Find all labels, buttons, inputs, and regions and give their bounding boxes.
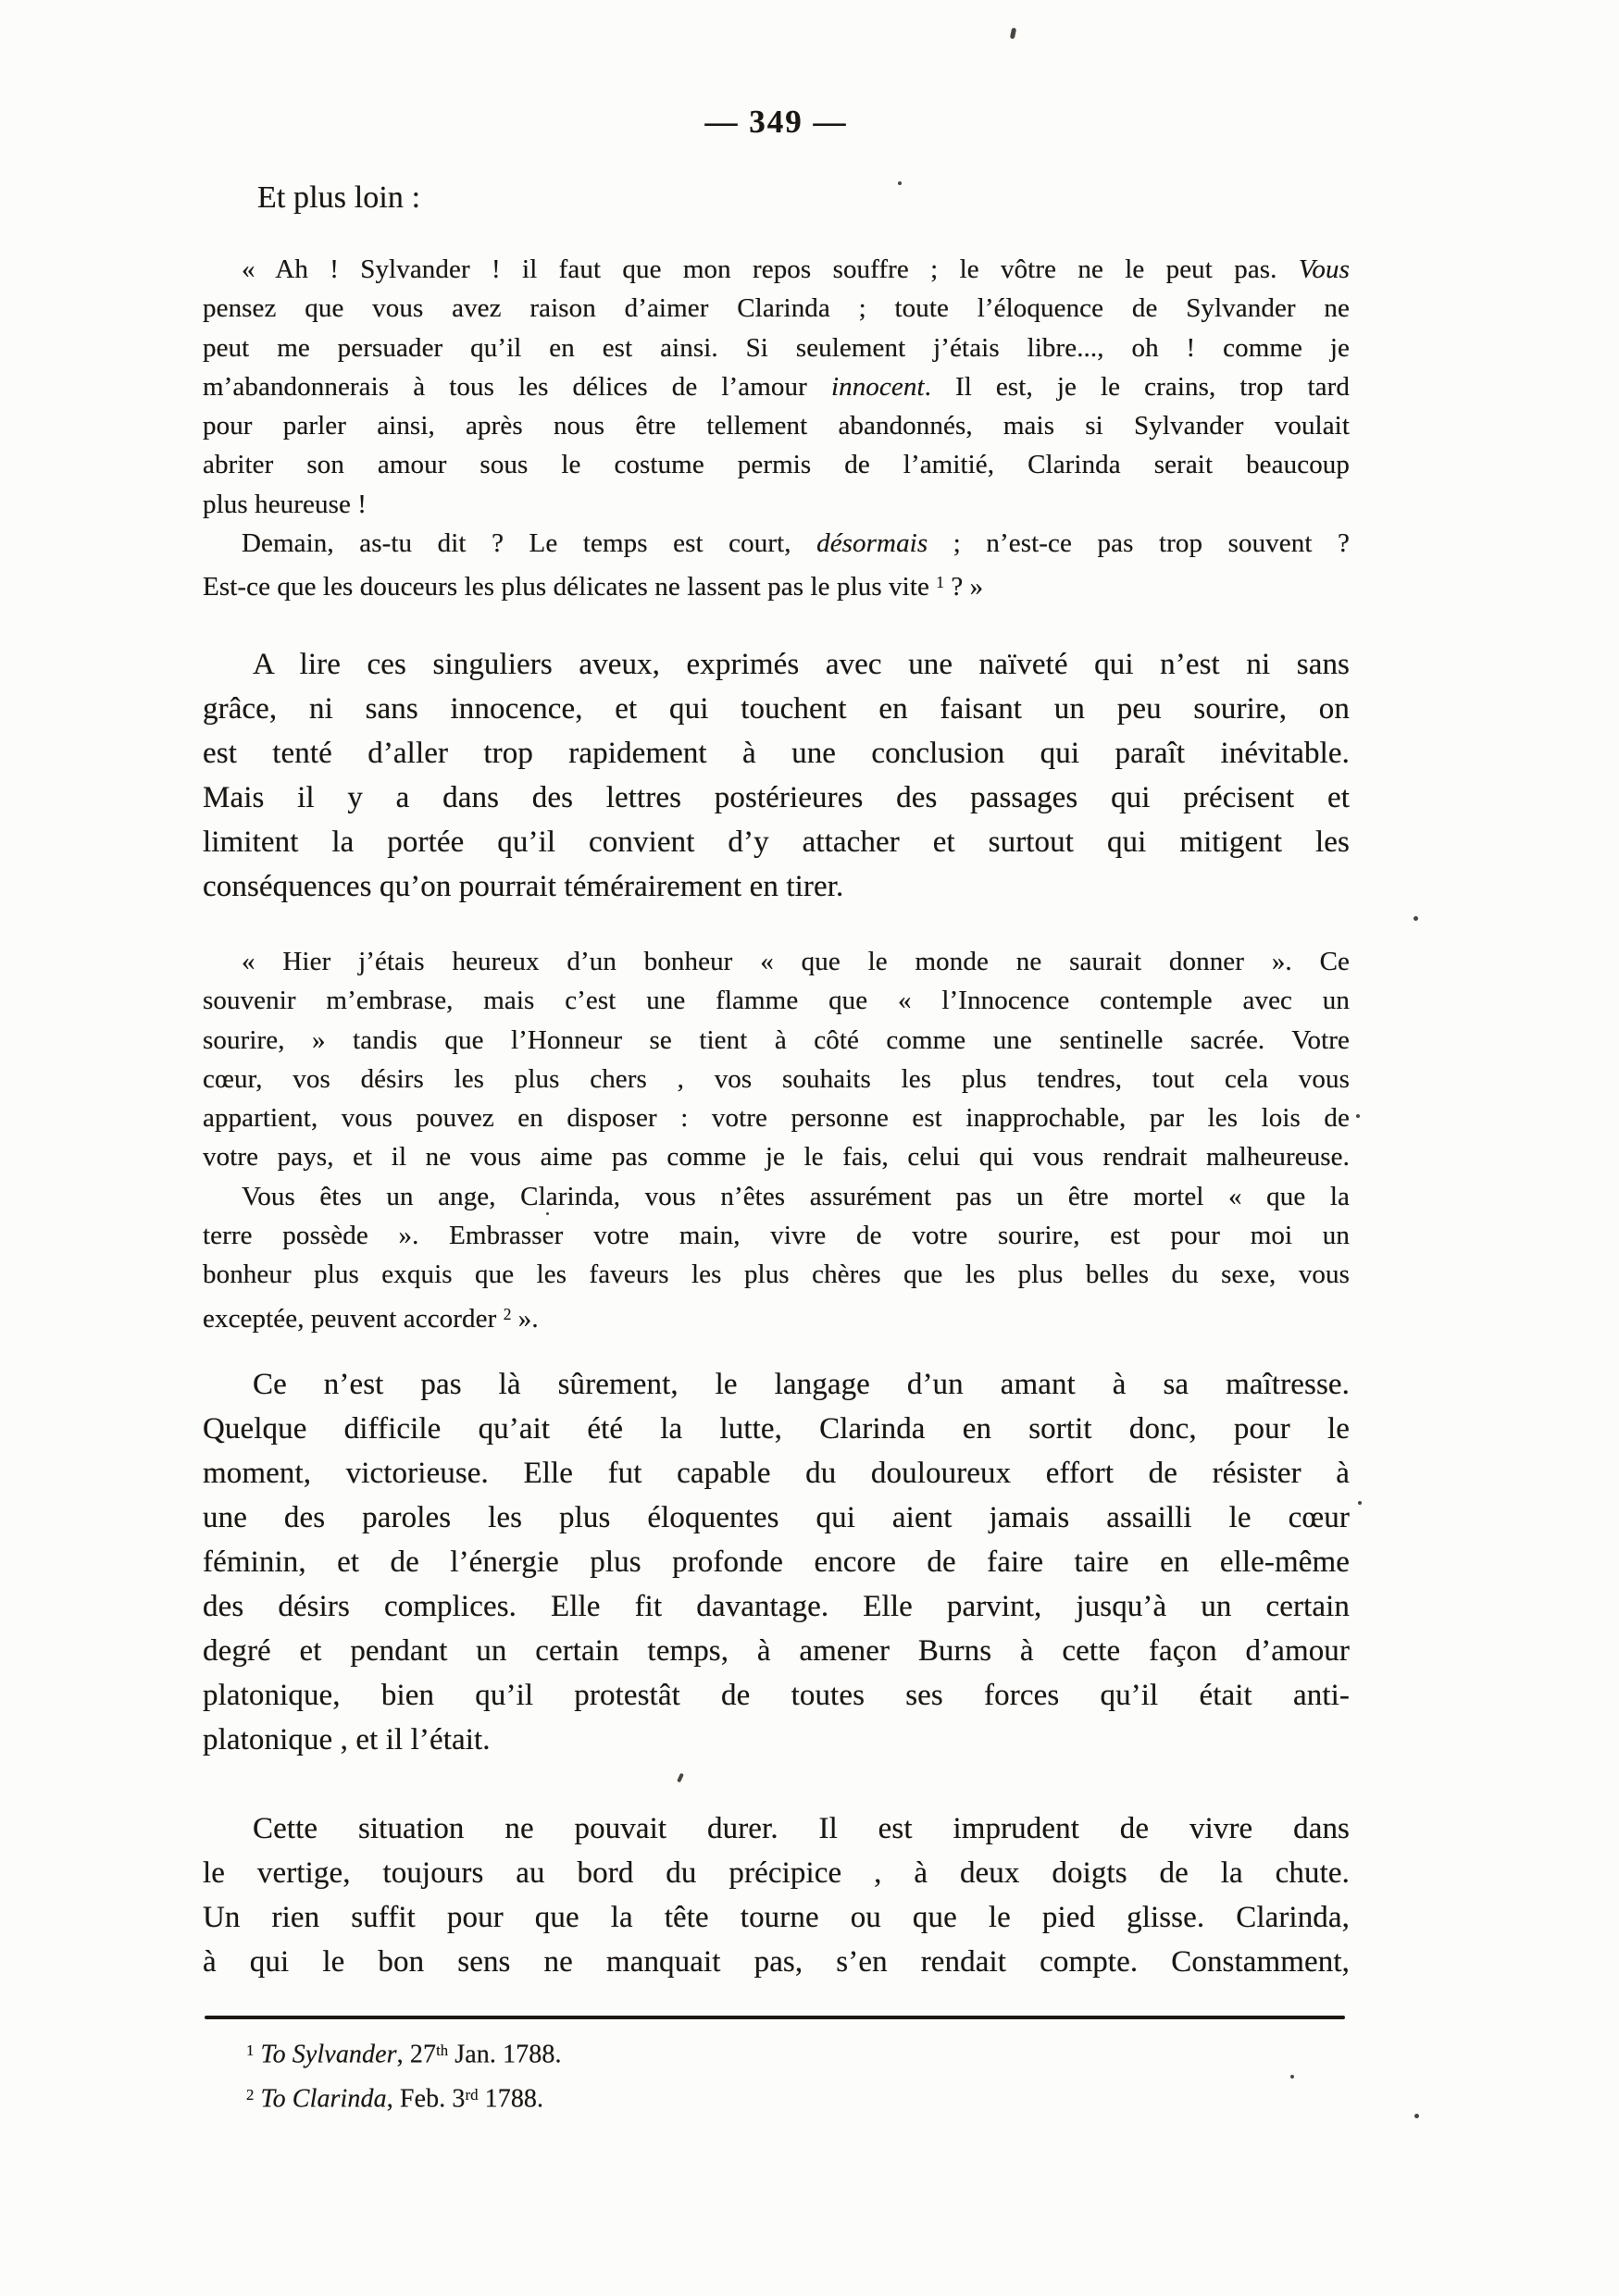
quote-line: abriter son amour sous le costume permis… <box>203 445 1350 484</box>
quote-line: votre pays, et il ne vous aime pas comme… <box>203 1137 1350 1176</box>
footnote-2: 2 To Clarinda, Feb. 3rd 1788. <box>203 2075 1350 2119</box>
quote-line: peut me persuader qu’il en est ainsi. Si… <box>203 329 1350 367</box>
scanned-book-page: { "page": { "number": "— 349 —", "lead_i… <box>0 0 1619 2296</box>
body-line: moment, victorieuse. Elle fut capable du… <box>203 1451 1350 1496</box>
scan-speck <box>546 1212 549 1215</box>
quote-line: bonheur plus exquis que les faveurs les … <box>203 1255 1350 1294</box>
scan-speck <box>677 1773 684 1783</box>
scan-speck <box>1414 2114 1419 2118</box>
body-line: limitent la portée qu’il convient d’y at… <box>203 820 1350 864</box>
quote-line: pensez que vous avez raison d’aimer Clar… <box>203 289 1350 328</box>
quote-line: cœur, vos désirs les plus chers , vos so… <box>203 1060 1350 1098</box>
body-line: degré et pendant un certain temps, à ame… <box>203 1629 1350 1673</box>
scan-speck <box>1290 2075 1294 2079</box>
scan-speck <box>1414 916 1418 921</box>
footnotes: 1 To Sylvander, 27th Jan. 1788. 2 To Cla… <box>203 2030 1350 2118</box>
quote-line: souvenir m’embrase, mais c’est une flamm… <box>203 981 1350 1020</box>
quote-line: Vous êtes un ange, Clarinda, vous n’êtes… <box>203 1177 1350 1216</box>
body-paragraph-3: Cette situation ne pouvait durer. Il est… <box>203 1806 1350 1984</box>
footnote-1: 1 To Sylvander, 27th Jan. 1788. <box>203 2030 1350 2075</box>
quote-paragraph-2: « Hier j’étais heureux d’un bonheur « qu… <box>203 942 1350 1338</box>
quote-line: pour parler ainsi, après nous être telle… <box>203 406 1350 445</box>
body-line: A lire ces singuliers aveux, exprimés av… <box>203 642 1350 687</box>
quote-line: sourire, » tandis que l’Honneur se tient… <box>203 1021 1350 1060</box>
quote-line: terre possède ». Embrasser votre main, v… <box>203 1216 1350 1255</box>
body-line: est tenté d’aller trop rapidement à une … <box>203 731 1350 776</box>
quote-line: « Hier j’étais heureux d’un bonheur « qu… <box>203 942 1350 981</box>
body-line: Quelque difficile qu’ait été la lutte, C… <box>203 1407 1350 1451</box>
body-paragraph-1: A lire ces singuliers aveux, exprimés av… <box>203 642 1350 909</box>
quote-line: Est-ce que les douceurs les plus délicat… <box>203 563 1350 606</box>
body-line: Un rien suffit pour que la tête tourne o… <box>203 1895 1350 1940</box>
body-line: le vertige, toujours au bord du précipic… <box>203 1851 1350 1895</box>
quote-line: m’abandonnerais à tous les délices de l’… <box>203 367 1350 406</box>
quote-line: plus heureuse ! <box>203 485 1350 524</box>
scan-speck <box>898 181 902 185</box>
body-line: conséquences qu’on pourrait témérairemen… <box>203 864 1350 909</box>
quote-paragraph-1: « Ah ! Sylvander ! il faut que mon repos… <box>203 250 1350 607</box>
body-line: platonique, bien qu’il protestât de tout… <box>203 1673 1350 1718</box>
body-line: une des paroles les plus éloquentes qui … <box>203 1496 1350 1540</box>
page-number: — 349 — <box>203 104 1350 141</box>
scan-speck <box>1356 1114 1360 1118</box>
body-line: à qui le bon sens ne manquait pas, s’en … <box>203 1940 1350 1984</box>
body-line: grâce, ni sans innocence, et qui touchen… <box>203 687 1350 731</box>
body-line: féminin, et de l’énergie plus profonde e… <box>203 1540 1350 1584</box>
body-line: Ce n’est pas là sûrement, le langage d’u… <box>203 1362 1350 1407</box>
footnote-separator-rule <box>205 2016 1345 2019</box>
quote-line: appartient, vous pouvez en disposer : vo… <box>203 1098 1350 1137</box>
quote-line: Demain, as-tu dit ? Le temps est court, … <box>203 524 1350 563</box>
body-line: platonique , et il l’était. <box>203 1718 1350 1762</box>
body-paragraph-2: Ce n’est pas là sûrement, le langage d’u… <box>203 1362 1350 1762</box>
quote-line: « Ah ! Sylvander ! il faut que mon repos… <box>203 250 1350 289</box>
body-line: Cette situation ne pouvait durer. Il est… <box>203 1806 1350 1851</box>
quote-line: exceptée, peuvent accorder 2 ». <box>203 1295 1350 1338</box>
scan-speck <box>1010 28 1016 40</box>
body-line: des désirs complices. Elle fit davantage… <box>203 1584 1350 1629</box>
lead-in-text: Et plus loin : <box>203 178 1350 218</box>
body-line: Mais il y a dans des lettres postérieure… <box>203 776 1350 820</box>
scan-speck <box>1358 1501 1362 1505</box>
